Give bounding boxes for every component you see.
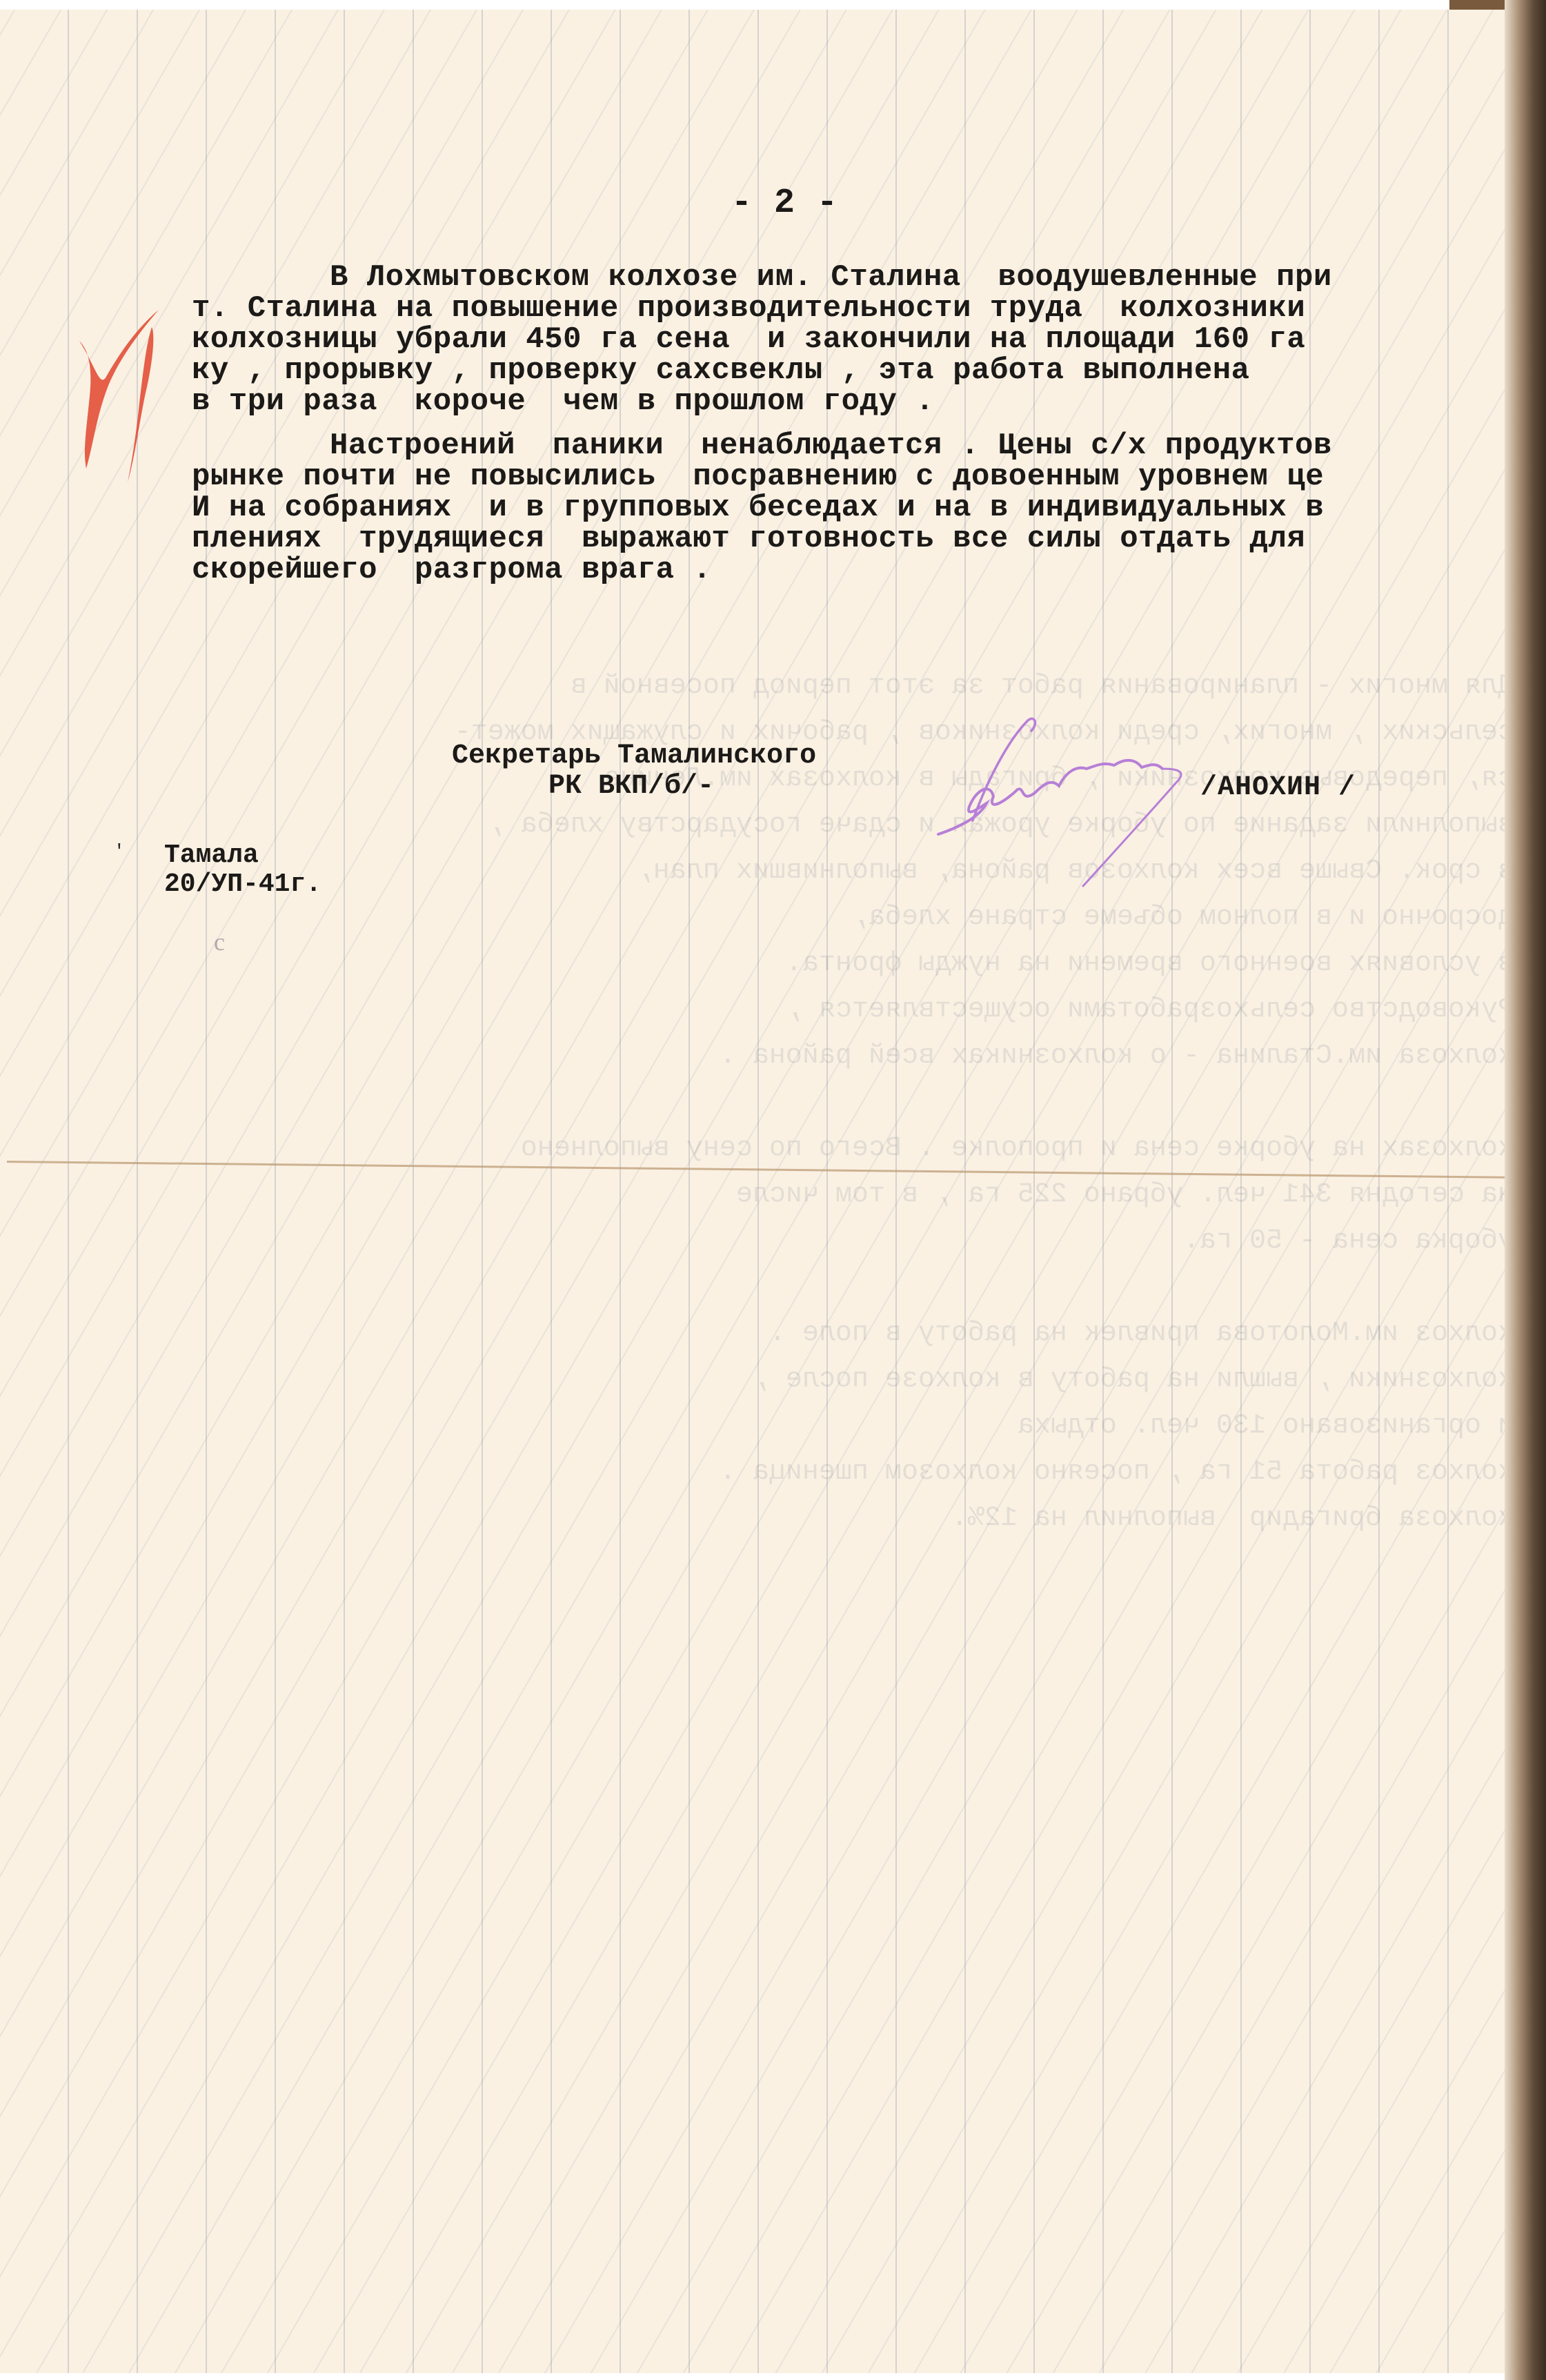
paragraph-2: Настроений паники ненаблюдается . Цены с… [192,431,1514,586]
check-mark-icon [55,286,172,493]
paragraph-line: И на собраниях и в групповых беседах и н… [192,493,1514,524]
signatory-name: /АНОХИН / [1200,772,1356,803]
typed-apostrophe-mark: ' [114,841,125,862]
page-number: - 2 - [731,184,838,223]
paragraph-line: Настроений паники ненаблюдается . Цены с… [192,431,1514,462]
document-page: Для многих - планирования работ за этот … [0,10,1514,2373]
paragraph-line: в три раза короче чем в прошлом году . [192,386,1514,417]
paper-fold-crease [7,1161,1514,1179]
paragraph-line: т. Сталина на повышение производительнос… [192,293,1514,324]
document-date: 20/УП-41г. [164,870,321,899]
paragraph-line: ку , прорывку , проверку сахсвеклы , эта… [192,355,1514,386]
signatory-title: Секретарь Тамалинского РК ВКП/б/- [452,741,816,802]
faint-stamp-mark: c [214,927,225,956]
paragraph-line: плениях трудящиеся выражают готовность в… [192,524,1514,555]
file-binding-edge [1505,0,1546,2380]
signatory-title-line-2: РК ВКП/б/- [452,771,816,802]
place-and-date: Тамала 20/УП-41г. [164,841,321,899]
paragraph-line: рынке почти не повысились посравнению с … [192,462,1514,493]
place-name: Тамала [164,841,321,870]
signatory-title-line-1: Секретарь Тамалинского [452,741,816,771]
paragraph-line: скорейшего разгрома врага . [192,555,1514,586]
paragraph-line: колхозницы убрали 450 га сена и закончил… [192,324,1514,355]
paragraph-1: В Лохмытовском колхозе им. Сталина вооду… [192,262,1514,417]
handwritten-signature-icon [897,700,1221,893]
paragraph-line: В Лохмытовском колхозе им. Сталина вооду… [192,262,1514,293]
